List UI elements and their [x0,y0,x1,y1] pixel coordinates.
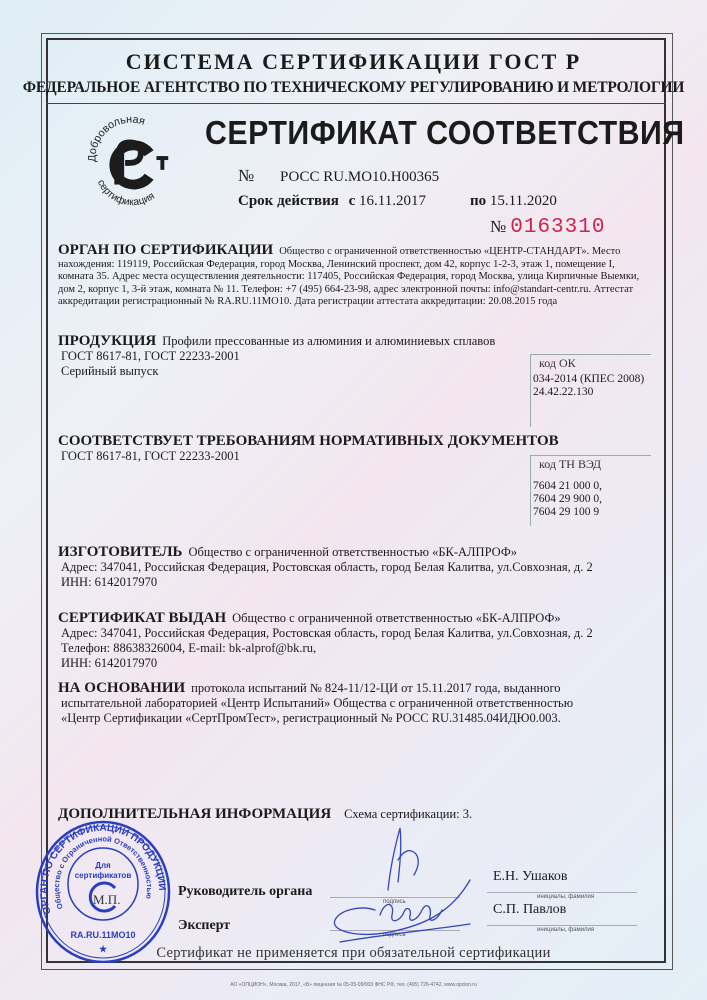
certification-body-line: дом 2, корпус 1, 3-й этаж, комната № 11.… [58,284,658,297]
expert-name: С.П. Павлов [493,902,566,918]
from-label: с [349,193,356,209]
agency-title: ФЕДЕРАЛЬНОЕ АГЕНТСТВО ПО ТЕХНИЧЕСКОМУ РЕ… [0,79,707,97]
header-divider [46,103,666,104]
serial-sign: № [490,217,506,236]
product-heading: ПРОДУКЦИЯ [58,333,156,349]
certification-body-line: нахождения: 119119, Российская Федерация… [58,259,658,272]
voluntary-note: Сертификат не применяется при обязательн… [0,945,707,962]
name-caption: инициалы, фамилия [537,927,594,933]
blank-serial: №0163310 [490,216,605,239]
conformity-heading: СООТВЕТСТВУЕТ ТРЕБОВАНИЯМ НОРМАТИВНЫХ ДО… [58,433,559,449]
manufacturer-section: ИЗГОТОВИТЕЛЬОбщество с ограниченной отве… [58,545,593,590]
manufacturer-inn: ИНН: 6142017970 [61,575,593,590]
certification-scheme: Схема сертификации: 3. [344,807,472,821]
validity-label: Срок действия [238,193,339,209]
certification-body-line: аккредитации регистрационный № RA.RU.11М… [58,296,658,309]
manufacturer-address: Адрес: 347041, Российская Федерация, Рос… [61,560,593,575]
signature-icon [320,820,480,950]
product-name: Профили прессованные из алюминия и алюми… [162,334,495,348]
product-standards: ГОСТ 8617-81, ГОСТ 22233-2001 [61,349,495,364]
conformity-section: СООТВЕТСТВУЕТ ТРЕБОВАНИЯМ НОРМАТИВНЫХ ДО… [58,435,565,464]
issued-to-inn: ИНН: 6142017970 [61,656,593,671]
issued-to-contacts: Телефон: 88638326004, E-mail: bk-alprof@… [61,641,593,656]
rst-logo-icon: Добровольная сертификация [82,113,180,211]
certification-body-section: ОРГАН ПО СЕРТИФИКАЦИИОбщество с ограниче… [58,244,658,309]
head-name: Е.Н. Ушаков [493,869,568,885]
issued-to-address: Адрес: 347041, Российская Федерация, Рос… [61,626,593,641]
basis-section: НА ОСНОВАНИИпротокола испытаний № 824-11… [58,681,573,726]
ok-code-line: 24.42.22.130 [533,386,651,399]
validity-from: Срок действия с 16.11.2017 [238,193,426,210]
number-sign: № [238,166,254,185]
certificate-number-value: РОСС RU.МО10.Н00365 [280,169,439,185]
issued-to-section: СЕРТИФИКАТ ВЫДАНОбщество с ограниченной … [58,611,593,671]
head-name-line [487,892,637,893]
tnved-code-line: 7604 21 000 0, [533,480,651,493]
basis-line: протокола испытаний № 824-11/12-ЦИ от 15… [191,681,560,695]
product-section: ПРОДУКЦИЯПрофили прессованные из алюмини… [58,334,495,379]
production-type: Серийный выпуск [61,364,495,379]
certificate-title: СЕРТИФИКАТ СООТВЕТСТВИЯ [205,114,685,152]
tnved-code-title: код ТН ВЭД [539,458,651,471]
certification-body-stamp-icon: ОРГАН ПО СЕРТИФИКАЦИИ ПРОДУКЦИИ Общество… [33,818,173,963]
issued-to-heading: СЕРТИФИКАТ ВЫДАН [58,610,226,626]
certification-body-line: Общество с ограниченной ответственностью… [279,246,620,257]
certification-body-line: комната 35. Адрес места осуществления де… [58,271,658,284]
expert-name-line [487,925,637,926]
valid-from-date: 16.11.2017 [359,193,426,209]
ok-code-line: 034-2014 (КПЕС 2008) [533,373,651,386]
serial-number: 0163310 [510,216,605,239]
tnved-code-line: 7604 29 100 9 [533,506,651,519]
svg-text:Для: Для [95,861,111,870]
issued-to-name: Общество с ограниченной ответственностью… [232,611,561,625]
svg-text:М.П.: М.П. [93,892,120,907]
printer-imprint: АО «ОПЦИОН», Москва, 2017, «Б» лицензия … [0,982,707,988]
head-label: Руководитель органа [178,884,312,900]
conformity-standards: ГОСТ 8617-81, ГОСТ 22233-2001 [61,449,565,464]
ok-code-title: код ОК [539,357,651,370]
tnved-code-line: 7604 29 900 0, [533,493,651,506]
manufacturer-name: Общество с ограниченной ответственностью… [188,545,517,559]
svg-text:RA.RU.11MO10: RA.RU.11MO10 [70,930,135,940]
basis-heading: НА ОСНОВАНИИ [58,680,185,696]
system-title: СИСТЕМА СЕРТИФИКАЦИИ ГОСТ Р [0,49,707,75]
tnved-code-box: код ТН ВЭД 7604 21 000 0, 7604 29 900 0,… [530,455,651,526]
to-label: по [470,193,486,209]
certificate-number: № РОСС RU.МО10.Н00365 [238,166,439,186]
ok-code-box: код ОК 034-2014 (КПЕС 2008) 24.42.22.130 [530,354,651,427]
manufacturer-heading: ИЗГОТОВИТЕЛЬ [58,544,182,560]
basis-line: «Центр Сертификации «СертПромТест», реги… [61,711,573,726]
valid-to-date: 15.11.2020 [490,193,557,209]
basis-line: испытательной лабораторией «Центр Испыта… [61,696,573,711]
name-caption: инициалы, фамилия [537,894,594,900]
expert-label: Эксперт [178,918,230,934]
certification-body-heading: ОРГАН ПО СЕРТИФИКАЦИИ [58,242,273,258]
svg-text:сертификатов: сертификатов [75,871,132,880]
validity-to: по 15.11.2020 [470,193,557,210]
